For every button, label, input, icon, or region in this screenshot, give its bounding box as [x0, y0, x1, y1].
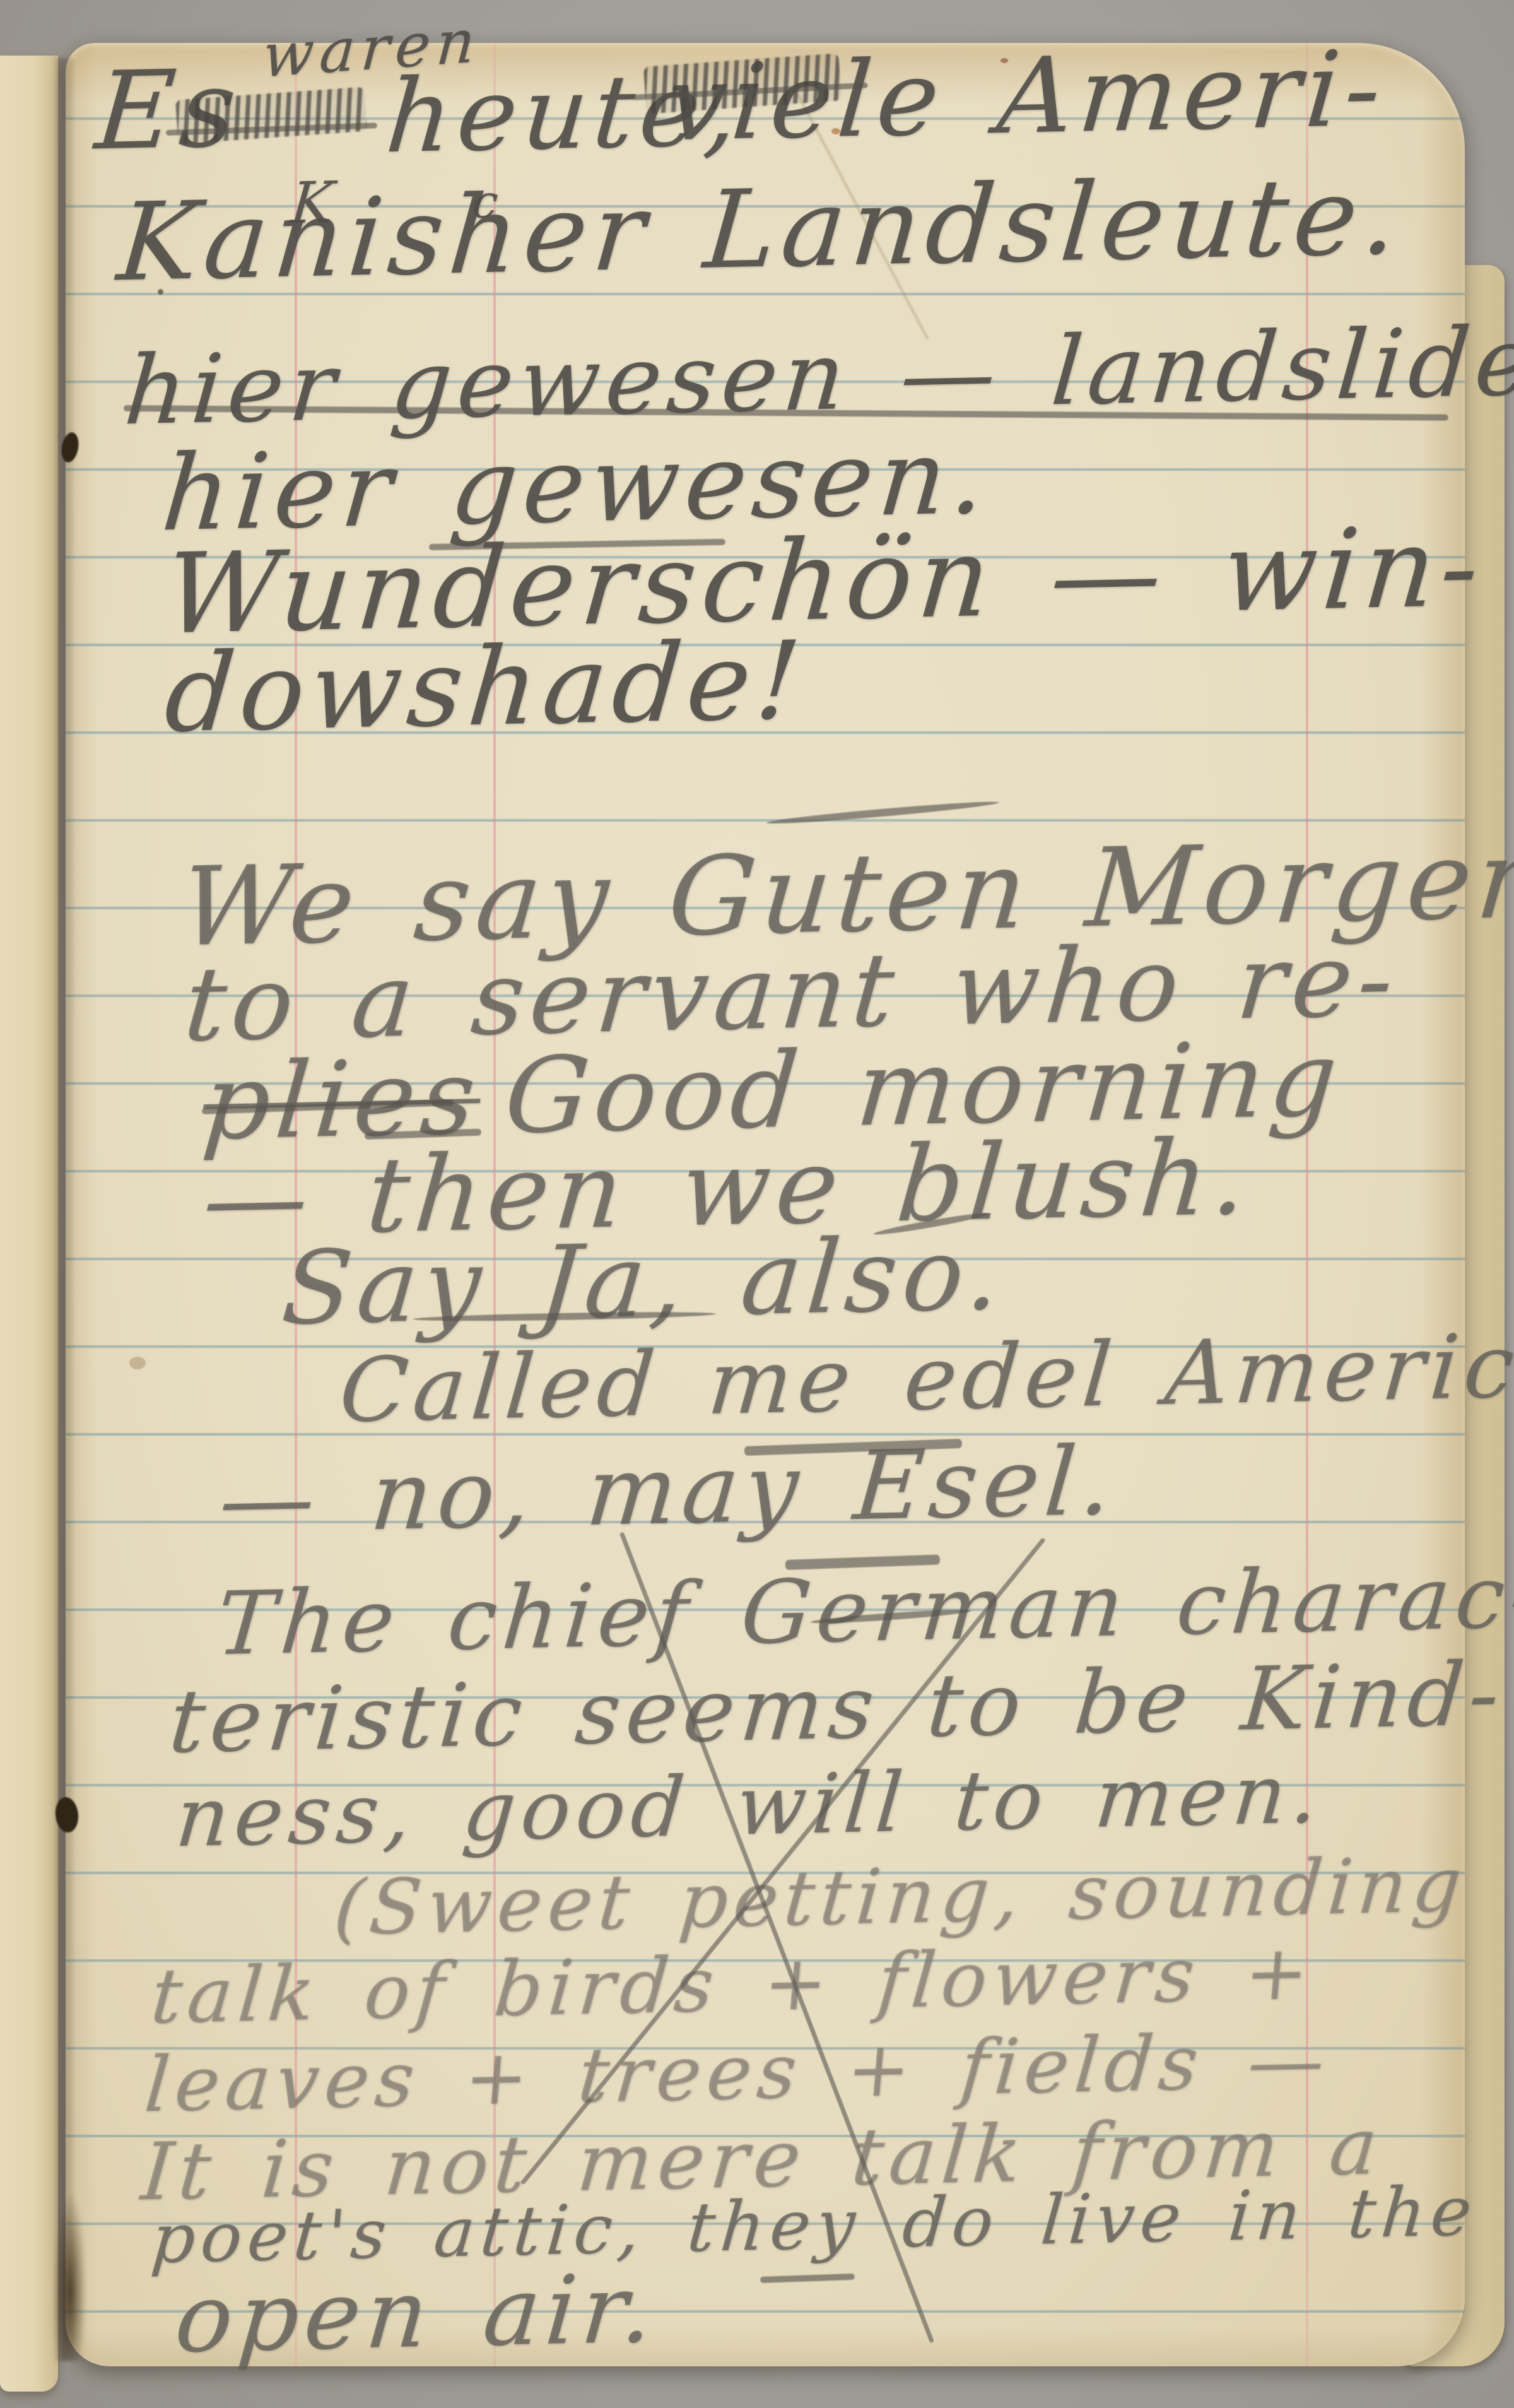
handwriting-line: dowshade!	[161, 627, 810, 748]
paper-stain	[831, 128, 840, 134]
handwriting-line: Kanisher Landsleute.	[114, 162, 1407, 297]
binding-stain	[54, 2190, 86, 2360]
handwriting-line: Called me edel American	[336, 1320, 1514, 1436]
paper-stain	[129, 1357, 146, 1369]
scanned-notebook-photo: { "document": { "kind": "handwritten pen…	[0, 0, 1514, 2408]
handwriting-line: Say Ja, also.	[279, 1223, 1010, 1339]
facing-page-edge	[0, 56, 58, 2392]
handwriting-line: ness, good will to men.	[173, 1752, 1327, 1858]
insertion-mark: c	[471, 179, 505, 225]
handwriting-line: — no, may Esel.	[216, 1434, 1120, 1547]
paper-speck	[1001, 58, 1008, 63]
binding-gutter-shadow	[53, 58, 74, 2361]
handwriting-line: open air.	[172, 2262, 662, 2366]
paper-speck	[158, 289, 163, 295]
